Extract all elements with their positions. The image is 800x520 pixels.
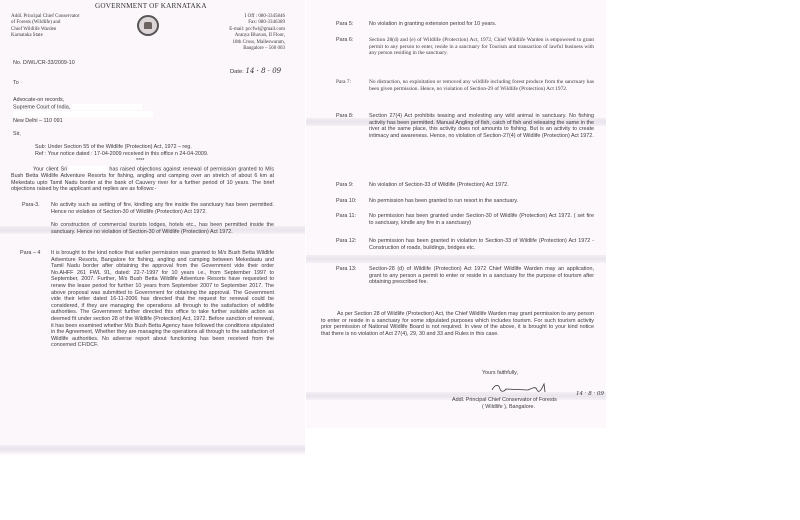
- para-4-label: Para – 4: [20, 250, 40, 257]
- signature-icon: [490, 382, 550, 396]
- closing-paragraph: As per Section 28 of Wildlife (Protectio…: [321, 311, 594, 337]
- para-7-label: Para 7:: [336, 79, 351, 86]
- para-3-text-2: No construction of commercial tourists l…: [51, 222, 274, 235]
- para-9-text: No violation of Section-33 of Wildlife (…: [369, 182, 594, 189]
- yours-faithfully: Yours faithfully,: [482, 370, 518, 377]
- para-11-text: No permission has been granted under Sec…: [369, 213, 594, 226]
- date-field: Date: 14 · 8 · 09: [230, 68, 281, 76]
- redacted-text: [72, 104, 142, 110]
- para-4-text: It is brought to the kind notice that ea…: [51, 250, 274, 349]
- para-10-label: Para 10:: [336, 198, 356, 205]
- redacted-text: [13, 111, 153, 117]
- office-address: Addl. Principal Chief Conservator of For…: [11, 14, 80, 40]
- para-6-label: Para 6:: [336, 37, 353, 44]
- salutation: Sir,: [13, 131, 21, 138]
- para-6-text: Section 28(d) and (e) of Wildlife (Prote…: [369, 37, 594, 57]
- signatory-title: Addl. Principal Chief Conservator of For…: [452, 397, 557, 404]
- para-13-text: Section-28 (d) of Wildlife (Protection) …: [369, 266, 594, 286]
- para-9-label: Para 9:: [336, 182, 353, 189]
- para-3-label: Para-3.: [22, 202, 40, 209]
- government-heading: GOVERNMENT OF KARNATAKA: [95, 2, 207, 10]
- para-3-text: No activity such as setting of fire, kin…: [51, 202, 274, 215]
- letter-page-1: GOVERNMENT OF KARNATAKA Addl. Principal …: [0, 0, 305, 455]
- para-10-text: No permission has been granted to run re…: [369, 198, 594, 205]
- para-8-text: Section 27(4) Act prohibits teasing and …: [369, 113, 594, 139]
- fold-line: [0, 445, 305, 453]
- para-11-label: Para 11:: [336, 213, 356, 220]
- para-7-text: No distraction, no exploitation or remov…: [369, 79, 594, 92]
- para-8-label: Para 8:: [336, 113, 353, 120]
- to-label: To: [13, 80, 19, 87]
- para-12-text: No permission has been granted in violat…: [369, 238, 594, 251]
- para-5-label: Para 5:: [336, 21, 353, 28]
- reference-number: No. D/WL/CR-33/2009-10: [13, 60, 75, 67]
- fold-line: [306, 255, 606, 263]
- contact-details: I Off : 080-3345846 Fax: 080-3346389 E-m…: [229, 14, 285, 52]
- recipient-address: Advocate-on records, Supreme Court of In…: [13, 97, 153, 124]
- intro-paragraph: Your client Sri has raised objections ag…: [11, 166, 274, 193]
- subject-line: Sub: Under Section 55 of the Wildlife (P…: [35, 144, 192, 151]
- separator-stars: ****: [136, 158, 144, 165]
- para-12-label: Para 12:: [336, 238, 356, 245]
- government-emblem-icon: [137, 15, 159, 36]
- letter-page-2: Para 5: No violation in granting extensi…: [306, 0, 606, 428]
- signatory-location: ( Wildlife ), Bangalore.: [482, 404, 535, 411]
- signature-date: 14 · 8 · 09: [576, 391, 604, 397]
- redacted-text: [69, 166, 107, 172]
- para-5-text: No violation in granting extension perio…: [369, 21, 594, 28]
- reference-line: Ref : Your notice dated : 17-04-2009 rec…: [35, 151, 208, 158]
- para-13-label: Para 13:: [336, 266, 356, 273]
